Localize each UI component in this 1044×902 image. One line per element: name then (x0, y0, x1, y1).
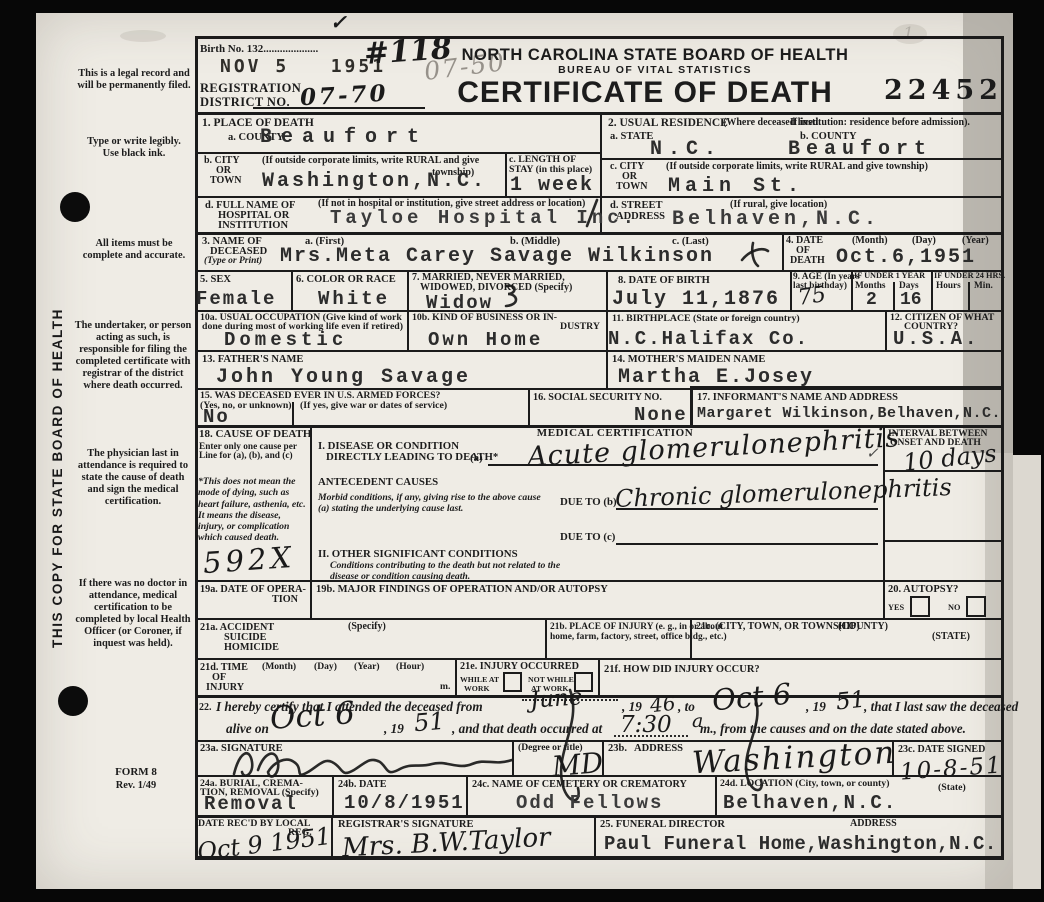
funeral-address-label: ADDRESS (850, 819, 897, 830)
dob-value: July 11,1876 (612, 288, 780, 311)
pen-flourish-loop-2 (735, 694, 771, 790)
line (893, 282, 895, 310)
residence-city-town: TOWN (616, 182, 648, 193)
occupation-value: Domestic (224, 329, 347, 351)
document-title: CERTIFICATE OF DEATH (405, 77, 885, 109)
margin-note-undertaker: The undertaker, or person acting as such… (74, 320, 192, 392)
form-border-top (195, 36, 1003, 39)
burial-date-label: 24b. DATE (338, 779, 387, 790)
line (594, 815, 596, 856)
cemetery-value: Odd Fellows (516, 792, 663, 814)
certify-alive-year: 51 (413, 707, 446, 738)
residence-title: 2. USUAL RESIDENCE (608, 117, 728, 129)
burial-state-label: (State) (938, 783, 966, 794)
certify-alive-value: Oct 6 (269, 695, 356, 737)
line (782, 232, 784, 270)
city-label-town: TOWN (210, 176, 242, 187)
cause-code-value: 592X (202, 540, 296, 580)
line (545, 618, 547, 658)
dod-value: Oct.6,1951 (836, 246, 976, 269)
line (310, 425, 312, 618)
while-at-work-checkbox (503, 672, 522, 692)
district-underline (253, 107, 425, 109)
race-value: White (318, 288, 390, 310)
homicide-label: HOMICIDE (224, 642, 279, 653)
injury-county-label: (COUNTY) (838, 622, 888, 633)
cause-footnote: *This does not mean the mode of dying, s… (198, 476, 306, 544)
burial-type-value: Removal (204, 793, 298, 815)
findings-label: 19b. MAJOR FINDINGS OF OPERATION AND/OR … (316, 584, 608, 595)
time-month-label: (Month) (262, 662, 296, 672)
time-m-label: m. (440, 682, 450, 692)
burial-location-value: Belhaven,N.C. (723, 792, 897, 814)
faint-corner-mark: 1 (903, 24, 914, 44)
autopsy-label: 20. AUTOPSY? (888, 584, 958, 595)
margin-revision: Rev. 1/49 (96, 780, 176, 792)
ssn-label: 16. SOCIAL SECURITY NO. (533, 392, 662, 403)
margin-note-no-doctor: If there was no doctor in attendance, me… (72, 578, 194, 650)
informant-value: Margaret Wilkinson,Belhaven,N.C. (697, 405, 1001, 422)
underlying-page-edge (1013, 455, 1041, 889)
birth-no-label: Birth No. 132.................... (200, 44, 318, 56)
dob-label: 8. DATE OF BIRTH (618, 275, 710, 286)
autopsy-yes-label: YES (888, 604, 904, 613)
line-a-label: (a) (470, 453, 483, 465)
interval-rule (883, 470, 1001, 472)
margin-note-legal: This is a legal record and will be perma… (76, 68, 192, 92)
certificate-serial-number: 22452 (884, 76, 1003, 105)
punch-hole-top (60, 192, 90, 222)
hospital-label-3: INSTITUTION (218, 220, 288, 231)
name-label-3: (Type or Print) (204, 256, 262, 266)
injury-occurred-label: 21e. INJURY OCCURRED (460, 661, 579, 672)
scan-edge-band-lower (985, 453, 1013, 889)
ssn-value: None (634, 404, 688, 426)
punch-hole-bottom (58, 686, 88, 716)
time-day-label: (Day) (314, 662, 337, 672)
interval-rule-2 (883, 540, 1001, 542)
city-note: (If outside corporate limits, write RURA… (262, 156, 479, 167)
birthplace-value: N.C.Halifax Co. (608, 328, 809, 350)
line (195, 112, 1003, 115)
citizen-value: U.S.A. (893, 328, 979, 350)
funeral-director-label: 25. FUNERAL DIRECTOR (600, 819, 725, 830)
business-label: 10b. KIND OF BUSINESS OR IN- (412, 313, 557, 324)
while-at-work-label-2: WORK (464, 685, 490, 693)
father-label: 13. FATHER'S NAME (202, 354, 303, 365)
sex-value: Female (196, 288, 276, 310)
residence-state-value: N.C. (650, 138, 722, 161)
forces-value: No (203, 406, 230, 428)
race-label: 6. COLOR OR RACE (296, 274, 396, 285)
line (195, 618, 1003, 620)
how-injury-label: 21f. HOW DID INJURY OCCUR? (604, 664, 760, 675)
margin-vertical-text: THIS COPY FOR STATE BOARD OF HEALTH (50, 308, 65, 648)
form-border-left (195, 36, 198, 860)
age-value: 75 (796, 282, 827, 311)
certify-seg-4: , 19 (806, 700, 826, 714)
burial-date-value: 10/8/1951 (344, 792, 465, 814)
form-border-right (1001, 36, 1004, 860)
margin-note-type: Type or write legibly. Use black ink. (82, 136, 186, 160)
city-value: Washington,N.C. (262, 170, 487, 193)
injury-city-label: 21c. (CITY, TOWN, OR TOWNSHIP) (696, 622, 860, 633)
line (931, 270, 933, 310)
time-hour-label: (Hour) (396, 662, 424, 672)
other-conditions-title: II. OTHER SIGNIFICANT CONDITIONS (318, 549, 518, 561)
days-value: 16 (900, 290, 922, 310)
specify-label: (Specify) (348, 622, 386, 633)
deceased-name-value: Mrs.Meta Carey Savage Wilkinson (280, 245, 714, 268)
injury-state-label: (STATE) (932, 632, 970, 643)
due-b-label: DUE TO (b) (560, 497, 617, 509)
residence-note-2: If institution: residence before admissi… (790, 118, 970, 129)
line (195, 196, 1003, 198)
address-label: ADDRESS (634, 743, 683, 754)
certify-seg-6: alive on (226, 722, 269, 736)
antecedent-note: Morbid conditions, if any, giving rise t… (318, 492, 553, 515)
residence-street-label-2: ADDRESS (616, 211, 665, 222)
line (885, 310, 887, 350)
operation-date-label-2: TION (272, 594, 298, 605)
check-mark-top: ✓ (330, 10, 347, 34)
county-value: Beaufort (260, 126, 428, 149)
margin-note-complete: All items must be complete and accurate. (80, 238, 188, 262)
cause-title: 18. CAUSE OF DEATH (199, 429, 311, 441)
scanned-death-certificate: THIS COPY FOR STATE BOARD OF HEALTH This… (0, 0, 1044, 902)
business-value: Own Home (428, 329, 543, 351)
funeral-director-value: Paul Funeral Home,Washington,N.C. (604, 833, 997, 855)
birthplace-label: 11. BIRTHPLACE (State or foreign country… (612, 314, 800, 325)
father-value: John Young Savage (216, 366, 471, 389)
pen-cross-mark (738, 240, 772, 268)
certify-seg-5: , that I last saw the deceased (864, 700, 1018, 714)
pen-scrawl-widow (500, 282, 524, 308)
time-of-injury-label-3: INJURY (206, 682, 244, 693)
cause-instruction-2: Line for (a), (b), and (c) (199, 451, 309, 462)
burial-location-label: 24d. LOCATION (City, town, or county) (720, 779, 889, 790)
residence-street-value: Belhaven,N.C. (672, 208, 880, 231)
place-of-injury-label-2: home, farm, factory, street, office bldg… (550, 632, 727, 642)
address-label-num: 23b. (608, 743, 627, 754)
line (407, 270, 409, 350)
received-date-stamp: NOV 5 1951 (220, 56, 386, 77)
line (968, 282, 970, 310)
marital-value: Widow (426, 292, 493, 314)
under-year-label: IF UNDER 1 YEAR (854, 272, 925, 281)
scan-smudge (120, 30, 166, 42)
line (505, 152, 507, 196)
certify-number: 22. (199, 703, 212, 714)
min-label: Min. (974, 281, 993, 291)
line (598, 658, 600, 695)
board-name: NORTH CAROLINA STATE BOARD OF HEALTH (415, 47, 895, 65)
residence-state-label: a. STATE (610, 131, 653, 142)
residence-street-label: d. STREET (610, 200, 663, 211)
cemetery-label: 24c. NAME OF CEMETERY OR CREMATORY (472, 779, 687, 790)
autopsy-yes-checkbox (910, 596, 930, 617)
dod-label-3: DEATH (790, 256, 825, 267)
months-value: 2 (866, 290, 877, 310)
hours-label: Hours (936, 281, 961, 291)
under-24-label: IF UNDER 24 HRS. (934, 272, 1005, 281)
line (455, 658, 457, 695)
residence-county-value: Beaufort (788, 138, 932, 161)
line (292, 402, 294, 425)
business-label-2: DUSTRY (560, 322, 600, 333)
certify-time-value: 7:30 (620, 712, 672, 738)
forces-note: (If yes, give war or dates of service) (300, 401, 447, 412)
mother-label: 14. MOTHER'S MAIDEN NAME (612, 354, 765, 365)
stay-value: 1 week (510, 174, 594, 197)
due-c-label: DUE TO (c) (560, 532, 615, 544)
mother-value: Martha E.Josey (618, 366, 814, 389)
certify-seg-7: , 19 (384, 722, 404, 736)
other-conditions-note: Conditions contributing to the death but… (330, 560, 580, 583)
line (528, 388, 530, 425)
line (690, 388, 693, 425)
sex-label: 5. SEX (200, 274, 231, 285)
margin-form-number: FORM 8 (96, 766, 176, 779)
time-year-label: (Year) (354, 662, 380, 672)
line (195, 580, 1003, 582)
pen-slash-mark (585, 198, 599, 228)
autopsy-no-checkbox (966, 596, 986, 617)
residence-city-value: Main St. (668, 175, 804, 198)
line (790, 270, 792, 310)
autopsy-no-label: NO (948, 604, 960, 613)
interval-check: ✓ (866, 444, 879, 462)
informant-label: 17. INFORMANT'S NAME AND ADDRESS (697, 392, 898, 403)
registration-label: REGISTRATION (200, 82, 301, 96)
antecedent-title: ANTECEDENT CAUSES (318, 477, 438, 489)
margin-note-physician: The physician last in attendance is requ… (72, 448, 194, 508)
line (291, 270, 293, 310)
residence-city-note: (If outside corporate limits, write RURA… (666, 162, 928, 173)
line (715, 775, 717, 815)
certify-to-year: 51 (835, 687, 867, 716)
form-border-bottom (195, 856, 1003, 860)
bureau-name: BUREAU OF VITAL STATISTICS (415, 65, 895, 76)
line-c-underline (616, 543, 878, 545)
